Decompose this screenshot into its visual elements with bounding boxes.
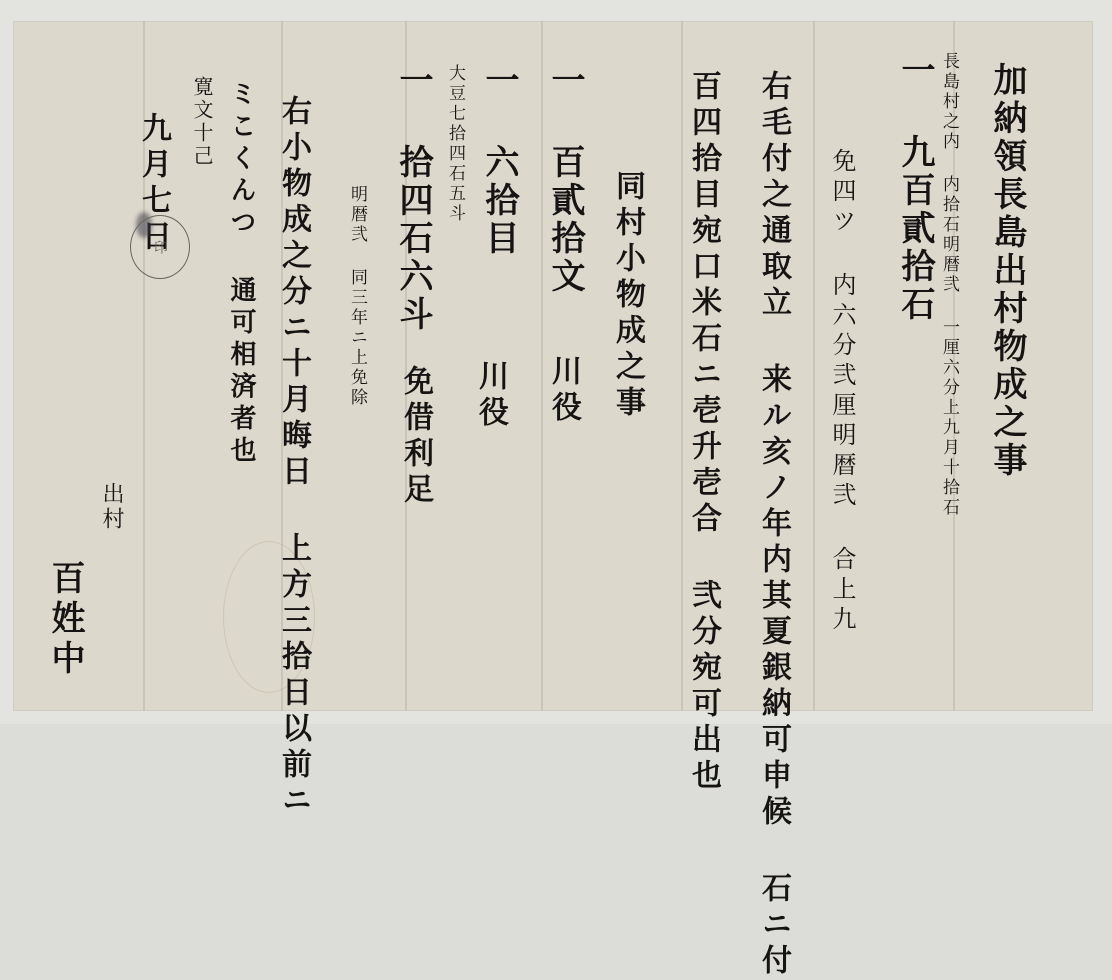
item-1-amount: 一 九百貳拾石 bbox=[898, 52, 932, 324]
date-era: 寛文十己 bbox=[192, 76, 212, 168]
item-2-amount: 一 百貳拾文 bbox=[548, 62, 582, 296]
text-line-4: 右毛付之通取立 来ル亥ノ年内其夏銀納可申候 石ニ付 bbox=[758, 70, 788, 724]
signature: 百姓中 bbox=[48, 560, 82, 680]
item-3-amount: 一 六拾目 bbox=[482, 62, 516, 258]
village-name: 出村 bbox=[100, 482, 122, 532]
text-line-5: 百四拾目宛口米石ニ壱升壱合 弐分宛可出也 bbox=[688, 70, 718, 724]
document-title: 加納領長島出村物成之事 bbox=[990, 62, 1024, 480]
exemption-note: 明暦弐 同三年ニ上免除 bbox=[348, 185, 365, 408]
item-4-note: 免借利足 bbox=[400, 365, 430, 509]
item-3-note: 川役 bbox=[475, 360, 505, 432]
fold-line bbox=[541, 21, 543, 711]
closing-line-2: ミこくんつ 通可相済者也 bbox=[228, 80, 254, 468]
item-1-note: 長島村之内 内拾石明暦弐 一厘六分上九月十拾石 bbox=[940, 52, 957, 518]
item-4-amount: 一 拾四石六斗 bbox=[396, 62, 430, 334]
seal-stamp: 印 bbox=[130, 215, 190, 279]
text-line-6: 同村小物成之事 bbox=[612, 170, 642, 422]
fold-line bbox=[681, 21, 683, 711]
item-4-pre-note: 大豆七拾四石五斗 bbox=[446, 64, 463, 224]
closing-line-1: 右小物成之分ニ十月晦日 上方三拾日以前ニ bbox=[278, 95, 308, 724]
fold-line bbox=[813, 21, 815, 711]
item-1-detail: 免四ツ 内六分弐厘明暦弐 合上九 bbox=[830, 148, 854, 636]
item-2-note: 川役 bbox=[548, 355, 578, 427]
